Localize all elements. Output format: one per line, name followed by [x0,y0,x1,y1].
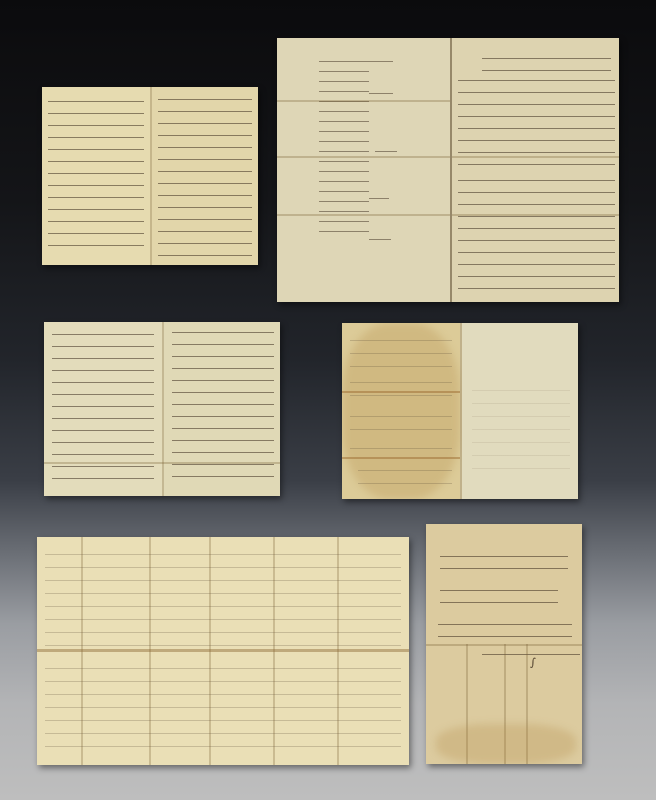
handwriting [48,95,144,257]
poem-bottom-right: Handwritten poem with signature (bottom … [426,524,582,764]
letter-middle-right: Stained letter with closing signature bl… [342,323,578,499]
letter-bottom-left: Large multi-fold letter, faint writing (… [37,537,409,765]
signature-block [358,463,452,491]
page-fold [452,156,619,158]
letter-page-left [44,322,162,496]
handwriting [350,409,452,433]
signature-line [482,648,580,656]
roster-page [277,38,450,302]
page-fold [277,214,450,216]
letter-page-right [152,87,258,265]
water-stain [436,724,576,764]
poem-stanza-1 [440,550,568,576]
roster-remarks [369,193,389,201]
handwriting [45,547,401,647]
letter-page-left [342,323,460,499]
letter-page-right [462,323,578,499]
page-fold [342,391,460,393]
handwriting [350,375,452,399]
page-fold [342,457,460,459]
roster-remarks [369,234,391,242]
signature-flourish: ∫ [530,656,536,669]
handwriting [45,661,401,755]
letter-top-right: Large folded letter with roster list (to… [277,38,619,302]
handwriting [350,441,452,455]
letter-page-left [42,87,150,265]
roster-list [319,56,369,236]
letter-heading [482,52,611,72]
roster-remarks [369,88,393,96]
roster-remarks [375,146,397,154]
letter-body-page [452,38,619,302]
page-fold [277,156,450,158]
roster-remarks [369,56,393,66]
handwriting [350,333,452,367]
letter-top-left: Two-page handwritten letter (top left) [42,87,258,265]
handwriting [458,74,615,166]
poem-stanza-3 [438,618,572,644]
handwriting [472,383,570,479]
handwriting [458,174,615,292]
handwriting [158,93,252,257]
page-fold [44,462,280,464]
handwriting [52,328,154,490]
page-fold [277,100,450,102]
page-fold [37,649,409,652]
poem-stanza-2 [440,584,558,610]
page-fold [452,214,619,216]
letter-page-right [164,322,280,496]
letter-middle-left: Two-page handwritten letter (middle left… [44,322,280,496]
